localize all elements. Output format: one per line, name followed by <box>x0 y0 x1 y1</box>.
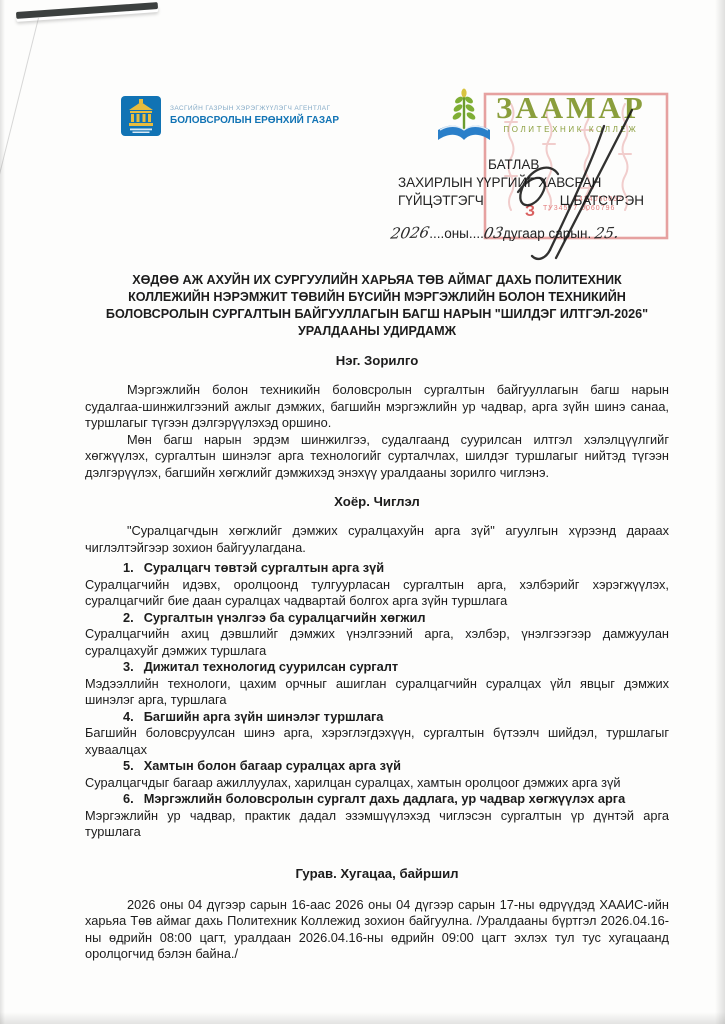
list-item: 3.Дижитал технологид суурилсан сургалт М… <box>85 659 669 709</box>
item-title: Багшийн арга зүйн шинэлэг туршлага <box>144 709 384 724</box>
binder-clip-artifact <box>16 2 158 19</box>
list-item: 4.Багшийн арга зүйн шинэлэг туршлага Баг… <box>85 709 669 759</box>
list-item: 6.Мэргэжлийн боловсролын сургалт дахь да… <box>85 791 669 841</box>
government-building-icon <box>121 96 161 136</box>
item-number: 3. <box>123 659 134 674</box>
item-title: Суралцагч төвтэй сургалтын арга зүй <box>144 560 384 575</box>
item-number: 6. <box>123 791 134 806</box>
agency-logo: ЗАСГИЙН ГАЗРЫН ХЭРЭГЖҮҮЛЭГЧ АГЕНТЛАГ БОЛ… <box>121 96 339 136</box>
wheat-book-icon <box>436 88 492 153</box>
scan-edge-right <box>715 0 725 1024</box>
approval-role: ГҮЙЦЭТГЭГЧ <box>398 192 484 210</box>
document-body: ХӨДӨӨ АЖ АХУЙН ИХ СУРГУУЛИЙН ХАРЬЯА ТӨВ … <box>85 272 669 963</box>
item-number: 5. <box>123 758 134 773</box>
direction-intro-paragraph: "Суралцагчдын хөгжлийг дэмжих суралцахуй… <box>85 523 669 556</box>
item-description: Суралцагчийн идэвх, оролцоонд тулгуурлас… <box>85 577 669 610</box>
title-line-2: КОЛЛЕЖИЙН НЭРЭМЖИТ ТӨВИЙН БҮСИЙН МЭРГЭЖЛ… <box>85 289 669 306</box>
item-description: Мэдээллийн технологи, цахим орчныг ашигл… <box>85 676 669 709</box>
item-description: Суралцагчдыг багаар ажиллуулах, харилцан… <box>85 775 669 792</box>
item-number: 4. <box>123 709 134 724</box>
direction-item-list: 1.Суралцагч төвтэй сургалтын арга зүй Су… <box>85 560 669 841</box>
document-title: ХӨДӨӨ АЖ АХУЙН ИХ СУРГУУЛИЙН ХАРЬЯА ТӨВ … <box>85 272 669 340</box>
item-description: Багшийн боловсруулсан шинэ арга, хэрэглэ… <box>85 725 669 758</box>
list-item: 2.Сургалтын үнэлгээ ба суралцагчийн хөгж… <box>85 610 669 660</box>
item-number: 1. <box>123 560 134 575</box>
goal-paragraph-1: Мэргэжлийн болон техникийн боловсролын с… <box>85 382 669 432</box>
handwritten-year: 2026 <box>389 223 431 242</box>
item-title: Мэргэжлийн боловсролын сургалт дахь дадл… <box>144 791 626 806</box>
scan-edge-left <box>0 0 5 1024</box>
item-description: Суралцагчийн ахиц дэвшлийг дэмжих үнэлгэ… <box>85 626 669 659</box>
item-title: Дижитал технологид суурилсан сургалт <box>144 659 398 674</box>
time-location-paragraph: 2026 оны 04 дүгээр сарын 16-аас 2026 оны… <box>85 897 669 963</box>
section-heading-goal: Нэг. Зорилго <box>85 352 669 370</box>
title-line-4: УРАЛДААНЫ УДИРДАМЖ <box>85 323 669 340</box>
item-title: Хамтын болон багаар суралцах арга зүй <box>144 758 401 773</box>
title-line-1: ХӨДӨӨ АЖ АХУЙН ИХ СУРГУУЛИЙН ХАРЬЯА ТӨВ … <box>85 272 669 289</box>
title-line-3: БОЛОВСРОЛЫН СУРГАЛТЫН БАЙГУУЛЛАГЫН БАГШ … <box>85 306 669 323</box>
list-item: 5.Хамтын болон багаар суралцах арга зүй … <box>85 758 669 791</box>
date-dots: .... <box>429 226 444 241</box>
item-description: Мэргэжлийн ур чадвар, практик дадал эзэм… <box>85 808 669 841</box>
page-crease-line <box>0 18 39 261</box>
section-heading-time-location: Гурав. Хугацаа, байршил <box>85 865 669 883</box>
item-title: Сургалтын үнэлгээ ба суралцагчийн хөгжил <box>144 610 426 625</box>
list-item: 1.Суралцагч төвтэй сургалтын арга зүй Су… <box>85 560 669 610</box>
goal-paragraph-2: Мөн багш нарын эрдэм шинжилгээ, судалгаа… <box>85 432 669 482</box>
section-heading-direction: Хоёр. Чиглэл <box>85 493 669 511</box>
date-ony-label: оны <box>444 226 469 241</box>
agency-name-line: ЗАСГИЙН ГАЗРЫН ХЭРЭГЖҮҮЛЭГЧ АГЕНТЛАГ <box>170 105 339 112</box>
signature <box>500 100 670 270</box>
date-dots: .... <box>469 226 484 241</box>
item-number: 2. <box>123 610 134 625</box>
scanned-document-page: { "header": { "agency_logo": { "line1": … <box>0 0 725 1024</box>
scan-edge-bottom <box>0 1012 725 1024</box>
agency-title-line: БОЛОВСРОЛЫН ЕРӨНХИЙ ГАЗАР <box>170 115 339 126</box>
